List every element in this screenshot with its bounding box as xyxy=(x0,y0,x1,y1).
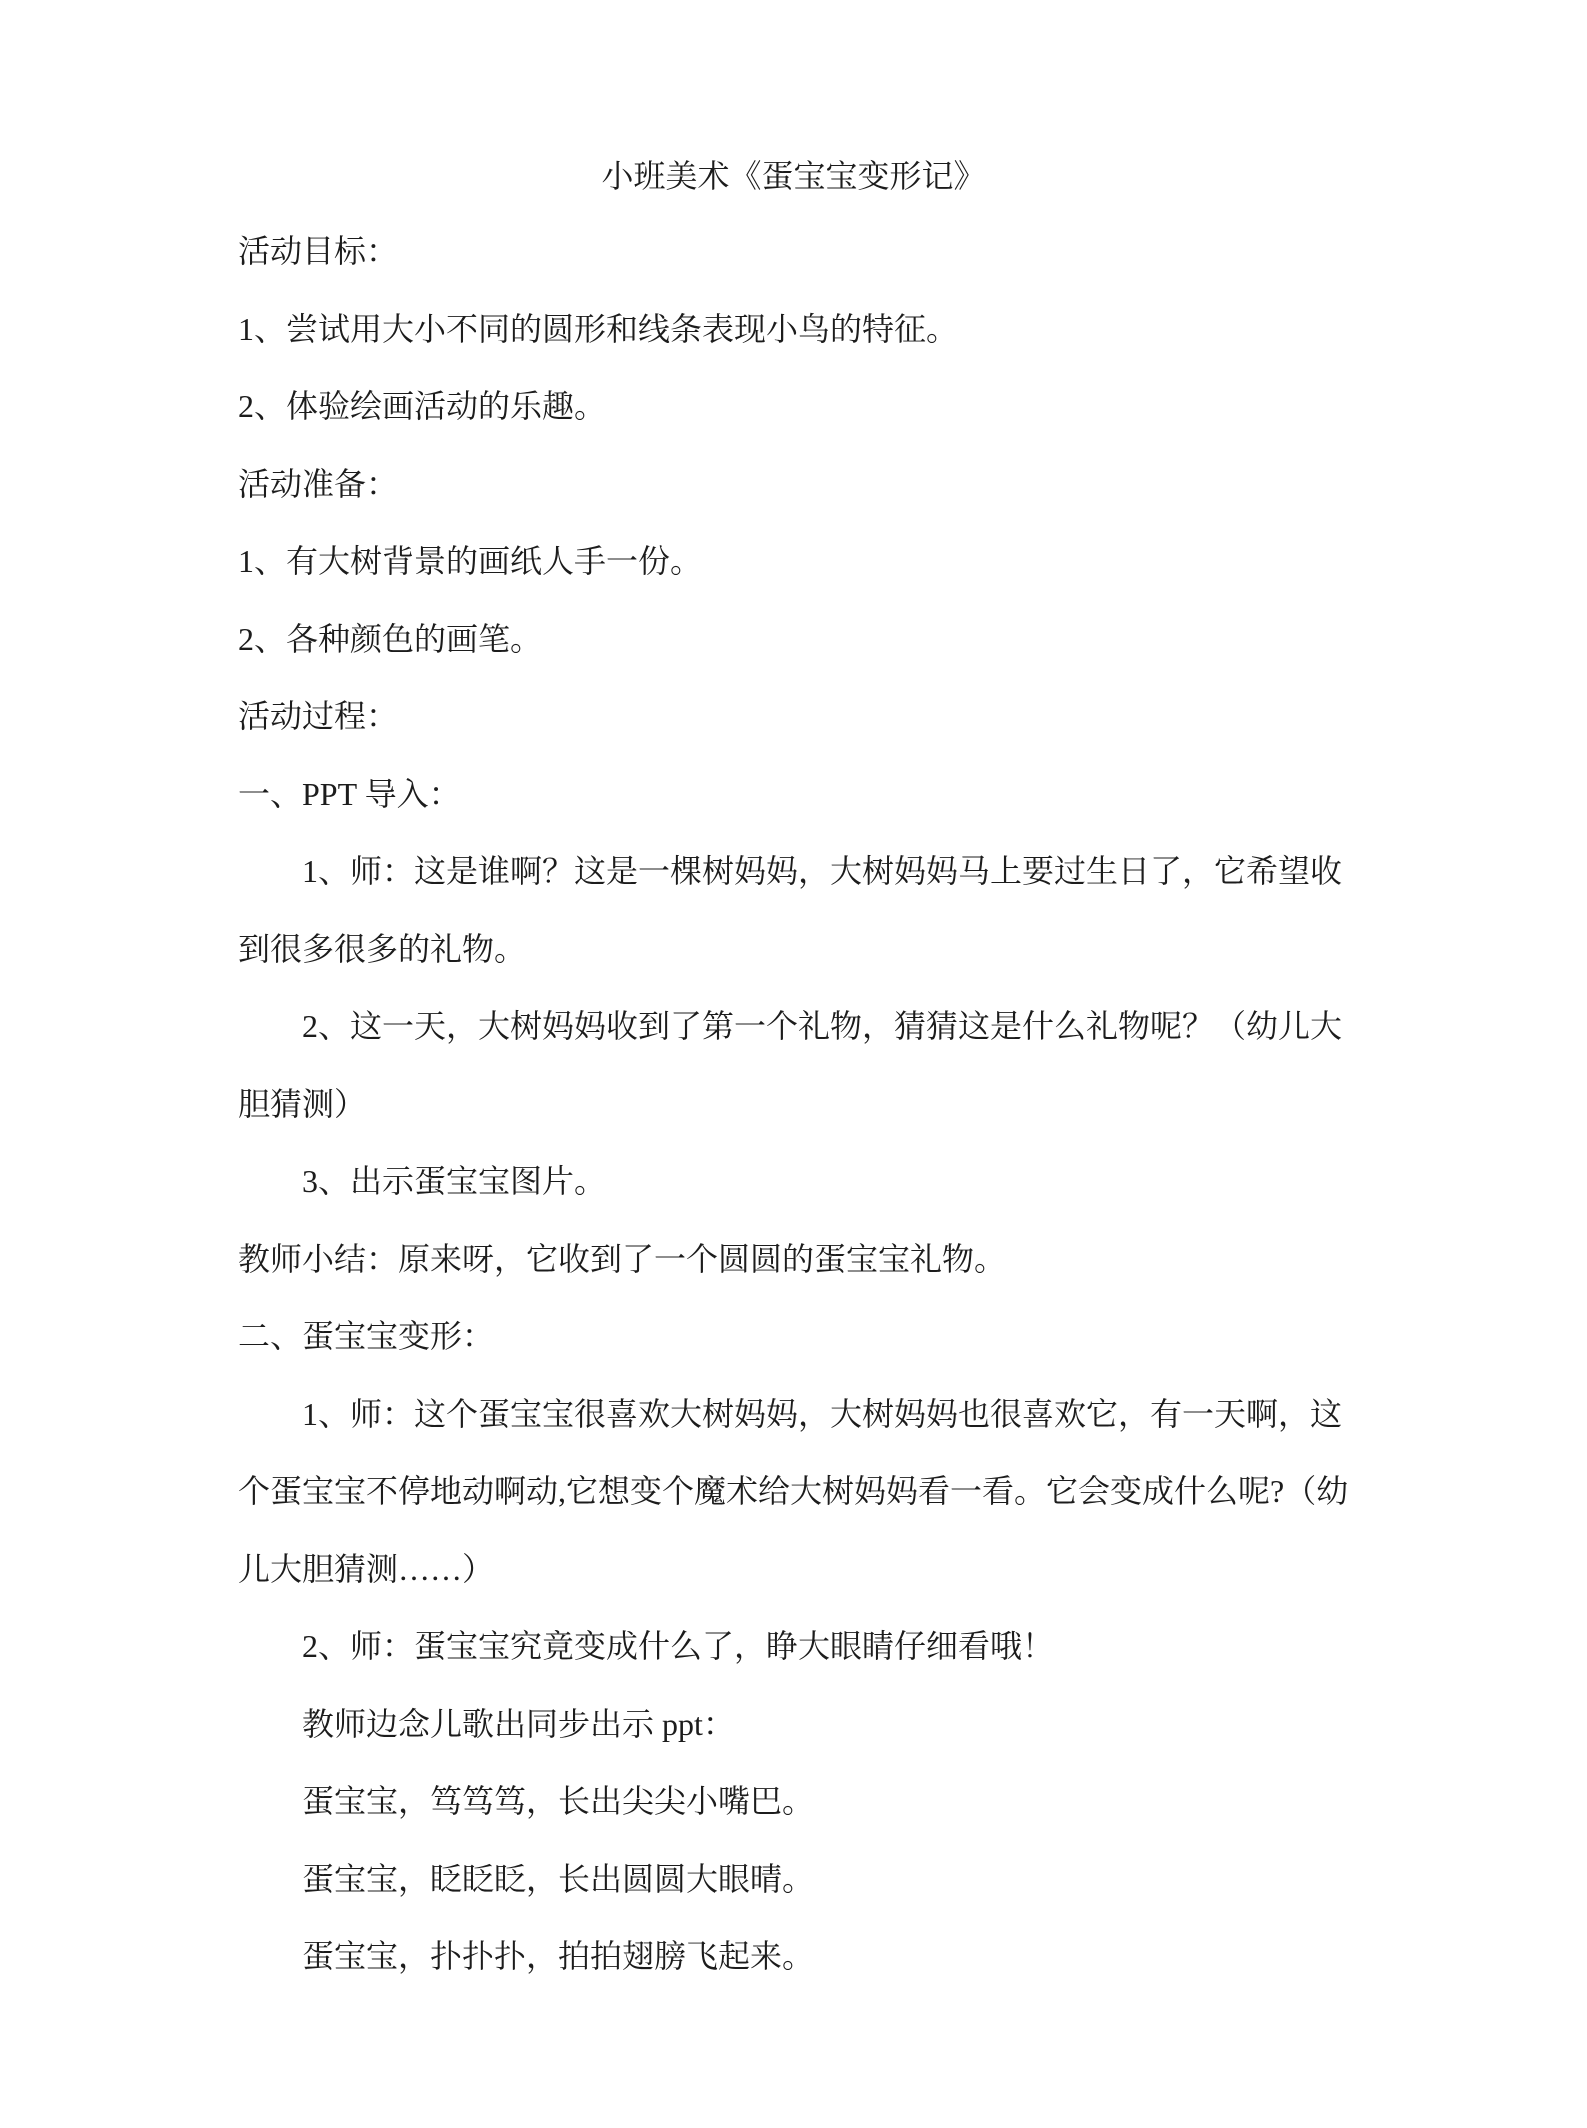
text-line: 1、师：这个蛋宝宝很喜欢大树妈妈，大树妈妈也很喜欢它，有一天啊，这 xyxy=(238,1376,1417,1454)
text-line: 3、出示蛋宝宝图片。 xyxy=(238,1143,1417,1221)
text-line: 1、尝试用大小不同的圆形和线条表现小鸟的特征。 xyxy=(238,291,1417,369)
document-page: 小班美术《蛋宝宝变形记》 活动目标：1、尝试用大小不同的圆形和线条表现小鸟的特征… xyxy=(0,0,1587,2128)
text-line: 教师小结：原来呀，它收到了一个圆圆的蛋宝宝礼物。 xyxy=(238,1221,1417,1299)
text-line: 活动过程： xyxy=(238,678,1417,756)
text-line: 蛋宝宝，扑扑扑，拍拍翅膀飞起来。 xyxy=(238,1918,1417,1996)
text-line: 活动目标： xyxy=(238,213,1417,291)
text-line: 1、有大树背景的画纸人手一份。 xyxy=(238,523,1417,601)
text-line: 教师边念儿歌出同步出示 ppt： xyxy=(238,1686,1417,1764)
text-line: 2、体验绘画活动的乐趣。 xyxy=(238,368,1417,446)
text-line: 一、PPT 导入： xyxy=(238,756,1417,834)
text-line: 胆猜测） xyxy=(238,1066,1417,1144)
text-line: 1、师：这是谁啊？这是一棵树妈妈，大树妈妈马上要过生日了，它希望收 xyxy=(238,833,1417,911)
text-line: 二、蛋宝宝变形： xyxy=(238,1298,1417,1376)
text-line: 蛋宝宝，笃笃笃，长出尖尖小嘴巴。 xyxy=(238,1763,1417,1841)
text-line: 蛋宝宝，眨眨眨，长出圆圆大眼晴。 xyxy=(238,1841,1417,1919)
text-line: 2、师：蛋宝宝究竟变成什么了，睁大眼睛仔细看哦！ xyxy=(238,1608,1417,1686)
text-line: 儿大胆猜测……） xyxy=(238,1531,1417,1609)
page-title: 小班美术《蛋宝宝变形记》 xyxy=(0,137,1587,215)
text-line: 2、各种颜色的画笔。 xyxy=(238,601,1417,679)
text-line: 到很多很多的礼物。 xyxy=(238,911,1417,989)
document-body: 活动目标：1、尝试用大小不同的圆形和线条表现小鸟的特征。2、体验绘画活动的乐趣。… xyxy=(238,213,1417,1996)
text-line: 个蛋宝宝不停地动啊动,它想变个魔术给大树妈妈看一看。它会变成什么呢?（幼 xyxy=(238,1453,1417,1531)
text-line: 活动准备： xyxy=(238,446,1417,524)
text-line: 2、这一天，大树妈妈收到了第一个礼物，猜猜这是什么礼物呢？（幼儿大 xyxy=(238,988,1417,1066)
